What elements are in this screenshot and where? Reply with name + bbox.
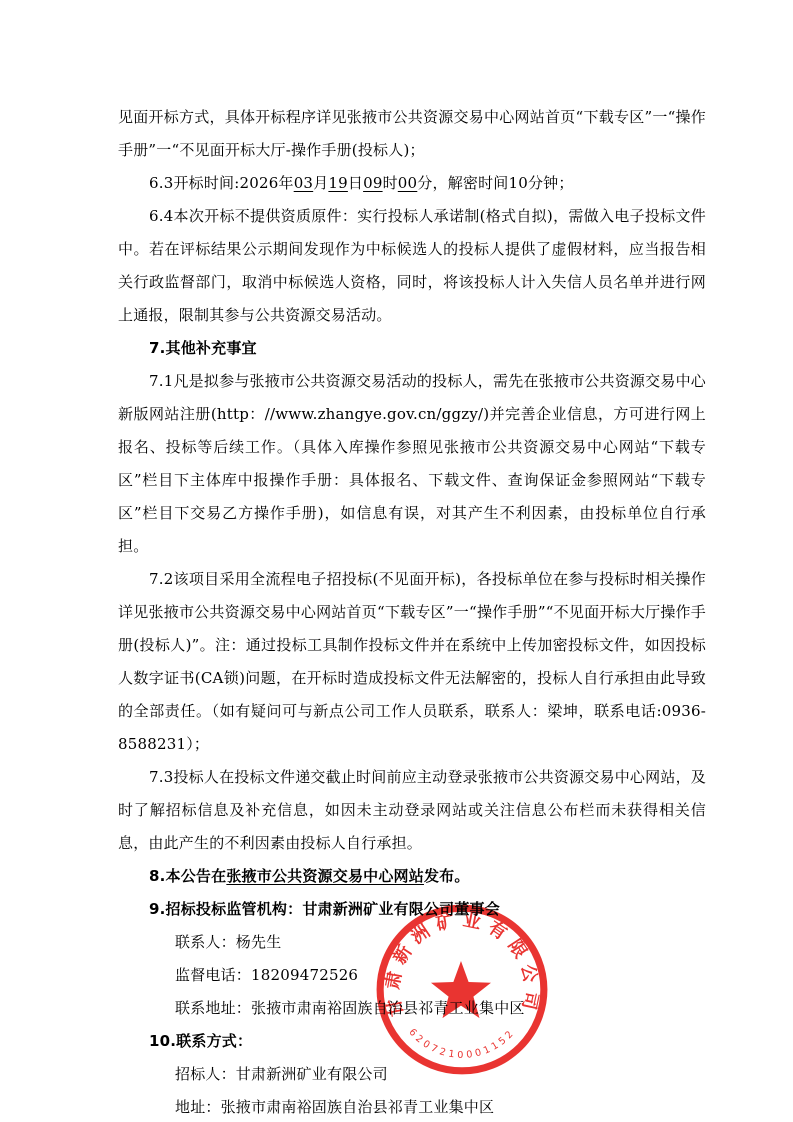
text-run: 招标人：甘肃新洲矿业有限公司 — [175, 1065, 388, 1083]
text-run: 分，解密时间10分钟； — [417, 174, 573, 192]
text-run: 地址：张掖市肃南裕固族自治县祁青工业集中区 — [175, 1098, 494, 1116]
para-6-2-continuation: 见面开标方式，具体开标程序详见张掖市公共资源交易中心网站首页“下载专区”一“操作… — [118, 101, 706, 167]
text-run: 联系人：杨先生 — [175, 933, 281, 951]
text-run: 6.3开标时间:2026年 — [149, 174, 294, 192]
bold-text: 8.本公告在 — [149, 867, 226, 885]
para-7-3-login-reminder: 7.3投标人在投标文件递交截止时间前应主动登录张掖市公共资源交易中心网站，及时了… — [118, 761, 706, 860]
text-run: 7.3投标人在投标文件递交截止时间前应主动登录张掖市公共资源交易中心网站，及时了… — [118, 768, 706, 852]
seal-number-text: 6207210001152 — [406, 1027, 517, 1061]
para-6-3-bid-opening-time: 6.3开标时间:2026年03月19日09时00分，解密时间10分钟； — [118, 167, 706, 200]
underlined-text: 00 — [398, 174, 418, 192]
para-7-1-registration: 7.1凡是拟参与张掖市公共资源交易活动的投标人，需先在张掖市公共资源交易中心新版… — [118, 365, 706, 563]
text-run: 7.2该项目采用全流程电子招投标(不见面开标)，各投标单位在参与投标时相关操作详… — [118, 570, 706, 753]
bold-text: 10.联系方式： — [149, 1032, 252, 1050]
text-run: 月 — [313, 174, 328, 192]
text-run: 见面开标方式，具体开标程序详见张掖市公共资源交易中心网站首页“下载专区”一“操作… — [118, 108, 706, 159]
text-run: 7.1凡是拟参与张掖市公共资源交易活动的投标人，需先在张掖市公共资源交易中心新版… — [118, 372, 706, 555]
text-run: 监督电话：18209472526 — [175, 966, 358, 984]
text-run: 时 — [383, 174, 398, 192]
underlined-text: 03 — [294, 174, 314, 192]
bold-text: 发布。 — [424, 867, 470, 885]
para-7-2-electronic-bidding: 7.2该项目采用全流程电子招投标(不见面开标)，各投标单位在参与投标时相关操作详… — [118, 563, 706, 761]
para-tenderer-address: 地址：张掖市肃南裕固族自治县祁青工业集中区 — [118, 1091, 706, 1122]
text-run: 日 — [348, 174, 363, 192]
para-6-4-no-original-certificates: 6.4本次开标不提供资质原件：实行投标人承诺制(格式自拟)，需做入电子投标文件中… — [118, 200, 706, 332]
underlined-text: 19 — [328, 174, 348, 192]
text-run: 6.4本次开标不提供资质原件：实行投标人承诺制(格式自拟)，需做入电子投标文件中… — [118, 207, 706, 324]
seal-star-icon — [431, 961, 491, 1018]
bold-text: 7.其他补充事宜 — [149, 339, 257, 357]
document-page: 见面开标方式，具体开标程序详见张掖市公共资源交易中心网站首页“下载专区”一“操作… — [0, 0, 793, 1122]
para-8-announcement-site: 8.本公告在张掖市公共资源交易中心网站发布。 — [118, 860, 706, 893]
underlined-text: 张掖市公共资源交易中心网站 — [226, 867, 424, 885]
company-seal: 甘肃新洲矿业有限公司 6207210001152 — [372, 900, 552, 1079]
para-7-heading-other-matters: 7.其他补充事宜 — [118, 332, 706, 365]
underlined-text: 09 — [363, 174, 383, 192]
